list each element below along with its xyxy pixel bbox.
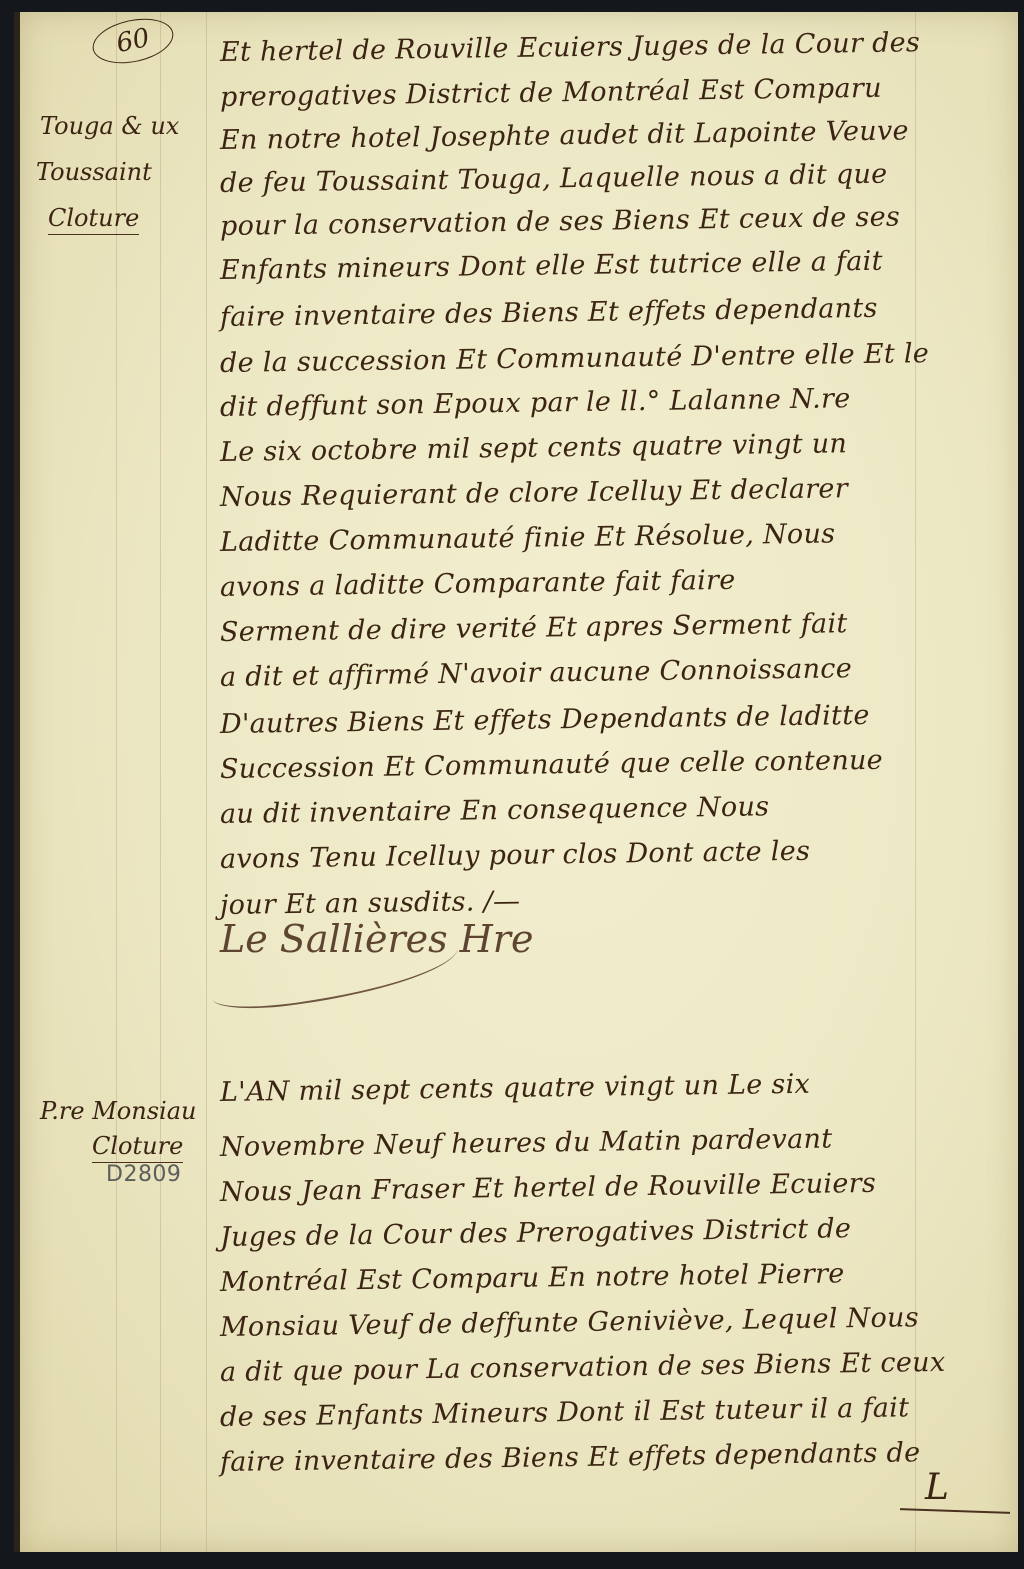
end-flourish — [900, 1508, 1010, 1514]
text-line: Laditte Communauté finie Et Résolue, Nou… — [220, 518, 836, 558]
text-line: faire inventaire des Biens Et effets dep… — [220, 1437, 921, 1478]
text-line: au dit inventaire En consequence Nous — [220, 791, 770, 830]
text-line: L'AN mil sept cents quatre vingt un Le s… — [220, 1069, 810, 1108]
text-line: pour la conservation de ses Biens Et ceu… — [220, 202, 900, 242]
text-line: de la succession Et Communauté D'entre e… — [220, 338, 930, 379]
margin-note-cloture: Cloture — [48, 204, 139, 235]
catchword: L — [925, 1467, 949, 1508]
text-line: Juges de la Cour des Prerogatives Distri… — [220, 1213, 852, 1253]
margin-note-name: Toussaint — [36, 158, 152, 186]
text-line: a dit et affirmé N'avoir aucune Connoiss… — [220, 653, 852, 693]
archive-stamp: D2809 — [106, 1162, 181, 1187]
manuscript-page: 60 Touga & ux Toussaint Cloture Et herte… — [14, 12, 1018, 1552]
margin-note-name: P.re Monsiau — [40, 1097, 196, 1125]
text-line: Le six octobre mil sept cents quatre vin… — [220, 428, 848, 468]
margin-note-name: Touga & ux — [40, 112, 179, 140]
text-line: Succession Et Communauté que celle conte… — [220, 745, 883, 785]
text-line: Et hertel de Rouville Ecuiers Juges de l… — [220, 27, 921, 68]
text-line: a dit que pour La conservation de ses Bi… — [220, 1347, 946, 1388]
text-line: Nous Jean Fraser Et hertel de Rouville E… — [220, 1168, 876, 1208]
text-line: Nous Requierant de clore Icelluy Et decl… — [220, 473, 848, 513]
text-line: de feu Toussaint Touga, Laquelle nous a … — [220, 159, 888, 199]
text-line: dit deffunt son Epoux par le ll.° Lalann… — [220, 383, 851, 423]
text-line: En notre hotel Josephte audet dit Lapoin… — [220, 115, 909, 156]
margin-note-cloture: Cloture — [92, 1132, 183, 1163]
text-line: Novembre Neuf heures du Matin pardevant — [220, 1123, 833, 1163]
ruled-margin-line — [206, 12, 207, 1552]
text-line: avons Tenu Icelluy pour clos Dont acte l… — [220, 836, 811, 875]
text-line: Montréal Est Comparu En notre hotel Pier… — [220, 1258, 845, 1298]
folio-number: 60 — [89, 12, 178, 70]
text-line: prerogatives District de Montréal Est Co… — [220, 73, 882, 113]
text-line: avons a laditte Comparante fait faire — [220, 565, 736, 603]
text-line: faire inventaire des Biens Et effets dep… — [220, 293, 878, 333]
text-line: D'autres Biens Et effets Dependants de l… — [220, 700, 870, 740]
text-line: Serment de dire verité Et apres Serment … — [220, 608, 848, 648]
text-line: jour Et an susdits. /— — [220, 886, 521, 921]
ruled-margin-line — [160, 12, 161, 1552]
text-line: Monsiau Veuf de deffunte Geniviève, Lequ… — [220, 1302, 919, 1343]
text-line: Enfants mineurs Dont elle Est tutrice el… — [220, 246, 883, 286]
ruled-margin-line — [116, 12, 117, 1552]
text-line: de ses Enfants Mineurs Dont il Est tuteu… — [220, 1392, 910, 1433]
